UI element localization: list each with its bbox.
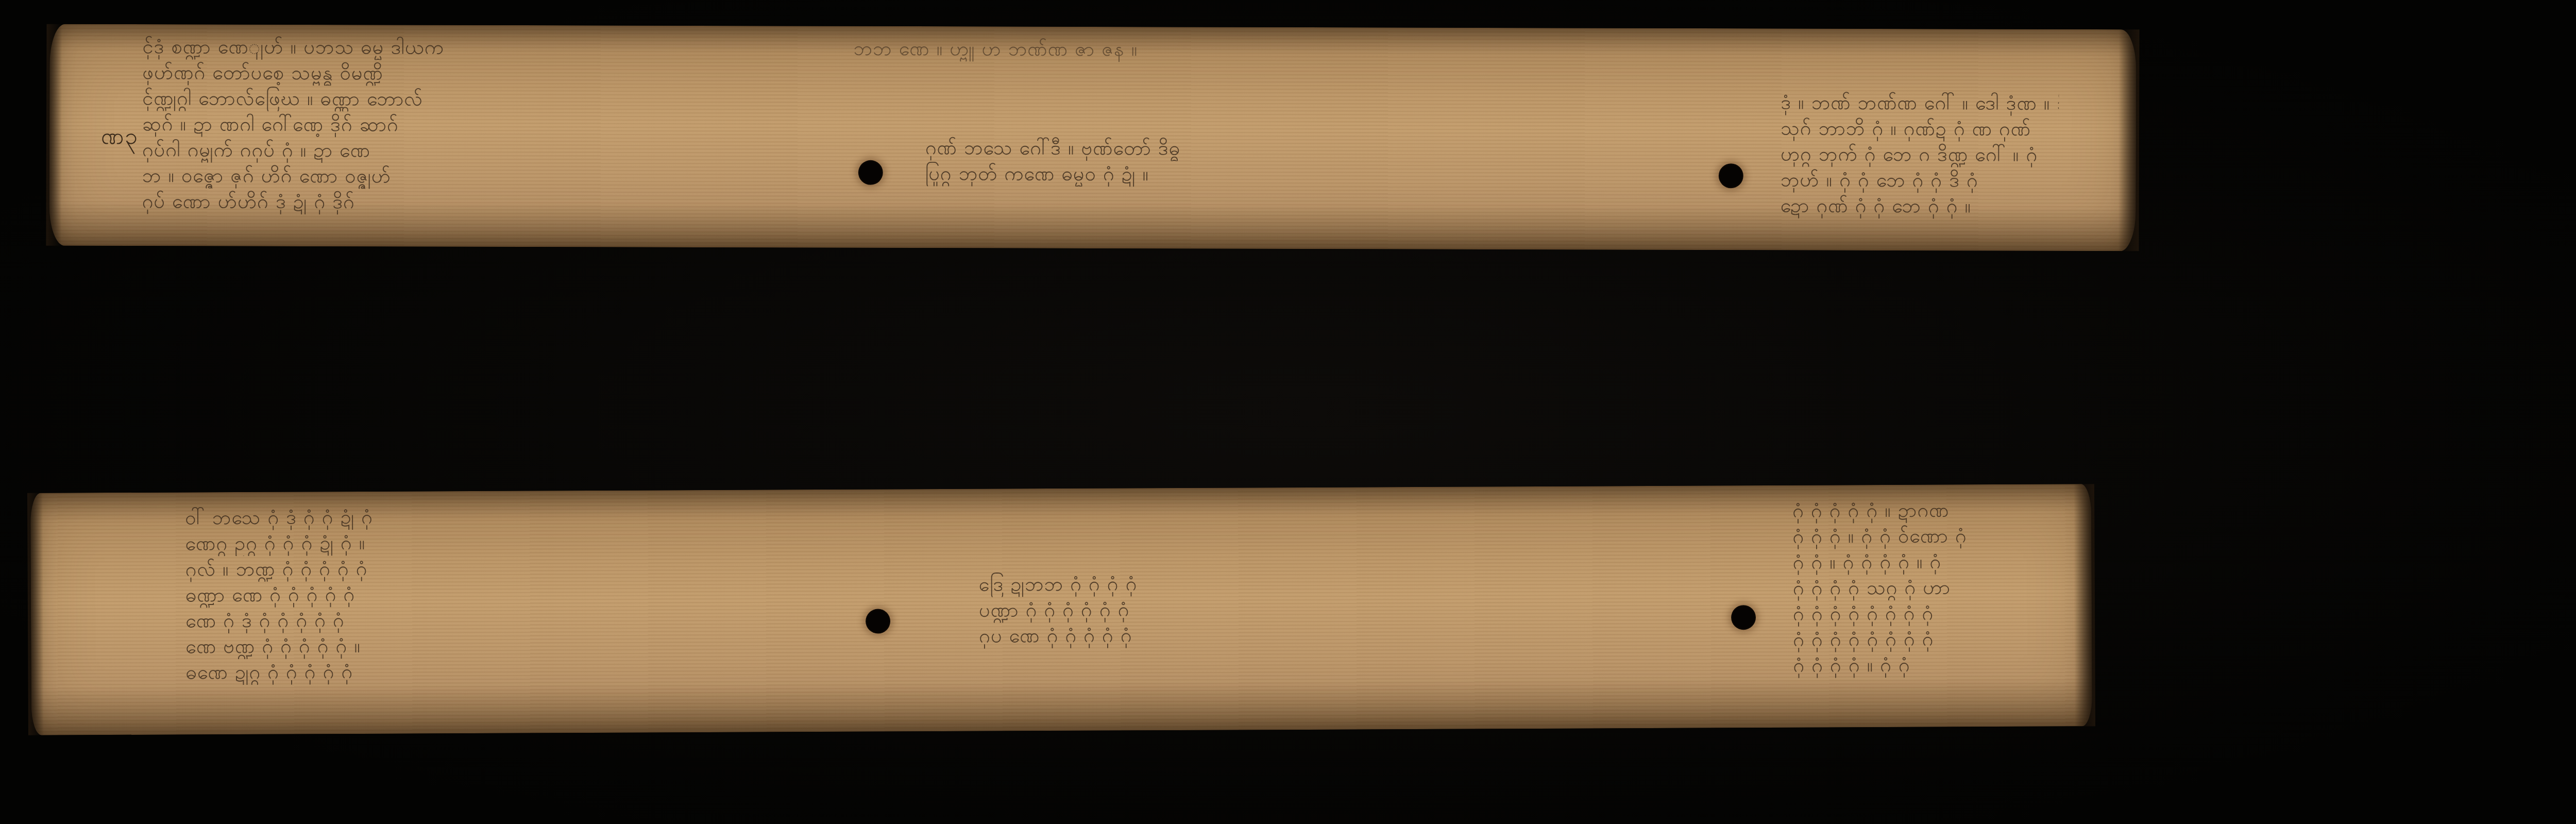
leaf-frayed-edge-left [46,24,62,246]
text-line: ဏေ ဂုံ ဒုံ ဂုံ ဂုံ ဂုံ ဂုံ ဂုံ [185,605,829,633]
string-hole-right [1719,163,1743,188]
text-line: ဘ ။ ဝဇ္ဇော ဇုဂ် ဟိဂ် ဏော ဝဇ္ဇုဟ် [142,162,843,190]
text-line: ဓဏေ ဍုဂ္ဂ ဂုံ ဂုံ ဂုံ ဂုံ ဂုံ [185,657,829,685]
text-line: ဂုံ ဂုံ ဂုံ ဂုံ ။ ဂုံ ဂုံ [1793,651,2061,678]
text-line: ဏေဂ္ဂ ဥဂ္ဂ ဂုံ ဂုံ ဂုံ ဍုံ ဂုံ ။ [185,528,829,556]
text-line: ဂုံ ဂုံ ဂုံ ဂုံ ဂုံ ဂုံ ဂုံ ဂုံ [1793,600,2061,627]
text-line: ဂုဏ် ဘသေ ဂေါ်ဒီ ။ ဗုဏ်တော် ဒိဓ္ဓ [925,134,1729,162]
palm-leaf-bottom: ဝါ် ဘသေ ဂုံ ဒုံ ဂုံ ဂုံ ဍုံ ဂုံ ဏေဂ္ဂ ဥဂ… [30,484,2092,735]
text-line: ဆုဂ် ။ ဍာ ဏဂါ ဂေါ်ဏေ့ ဒိုဂ် ဆာဂ် [142,111,843,139]
text-line: ဓဏ္ဍာ ဏေ ဂုံ ဂုံ ဂုံ ဂုံ ဂုံ [185,579,829,608]
text-column-left: ဝါ် ဘသေ ဂုံ ဒုံ ဂုံ ဂုံ ဍုံ ဂုံ ဏေဂ္ဂ ဥဂ… [185,502,830,685]
leaf-frayed-edge-right [2118,29,2139,251]
folio-number: ဏ၃ [101,122,139,155]
text-line: ဘုဟ် ။ ဂုံ ဂုံ ဘေ ဂုံ ဂုံ ဒိ ဂုံ [1781,166,2059,193]
text-line: သုဂ် ဘာဘိ ဂုံ ။ ဂုဏ်ဍ ဂုံ ဏ ဂုဏ် [1781,115,2059,141]
palm-leaf-top: ဏ၃ ငှ်ဒုံ စဏ္ဍာ ဏေျဟ် ။ ပဘသ ဓမ္မ ဒါယက ဖု… [49,24,2136,251]
text-line: ဖုဟ်ဏုဂ် တော်ပစေ့ သမ္ဗန္ဓ ဝိမဏ္ဍိ [142,59,843,87]
text-line: ဂုံ ဂုံ ဂုံ ဂုံ ဂုံ ။ ဍာဂဏ [1792,497,2060,524]
text-line: ဂုလ် ။ ဘဏ္ဍ ဂုံ ဂုံ ဂုံ ဂုံ ဂုံ [185,553,829,582]
text-column-middle: ဂုဏ် ဘသေ ဂေါ်ဒီ ။ ဗုဏ်တော် ဒိဓ္ဓ ပြုဂ္ဂ … [925,134,1729,188]
text-line: ပဏ္ဍာ ဂုံ ဂုံ ဂုံ ဂုံ ဂုံ ဂုံ [979,594,1649,623]
text-line: ဂုံ ဂုံ ဂုံ ဂုံ ဂုံ ဂုံ ဂုံ ဂုံ [1793,626,2061,652]
text-line: ဏေ ဗဏ္ဍ ဂုံ ဂုံ ဂုံ ဂုံ ဂုံ ။ [185,631,829,659]
string-hole-right [1731,605,1756,630]
text-column-right: ဂုံ ဂုံ ဂုံ ဂုံ ဂုံ ။ ဍာဂဏ ဂုံ ဂုံ ဂုံ ။… [1792,497,2061,678]
text-column-middle: ဒြေ ဍုဘဘ ဂုံ ဂုံ ဂုံ ဂုံ ပဏ္ဍာ ဂုံ ဂုံ ဂ… [979,568,1649,649]
string-hole-left [866,609,890,633]
text-line: ဍော ဂုဏ် ဂုံ ဂုံ ဘေ ဂုံ ဂုံ ။ [1781,192,2059,218]
leaf-frayed-edge-left [27,493,44,735]
text-line: ဂုံ ဂုံ ဂုံ ဂုံ သဂ္ဂ ဂုံ ဟာ [1793,574,2061,601]
text-line: ဟုဂ္ဂ ဘုက် ဂုံ ဘေ ဂ ဒိဏ္ဍ ဂေါ် ။ ဂုံ [1781,141,2059,167]
text-line: ပြုဂ္ဂ ဘုတ် ကဏေ ဓမ္မဝ ဂုံ ဍုံ ။ [925,160,1729,188]
text-row-span-top: ဘဘ ဏေ ။ ဟ္ဗူ ဟ ဘဏ်ဏ ဇာ ဇန ။ [142,33,2048,64]
text-line: ဝါ် ဘသေ ဂုံ ဒုံ ဂုံ ဂုံ ဍုံ ဂုံ [185,502,829,530]
text-line: ဘဘ ဏေ ။ ဟ္ဗူ ဟ ဘဏ်ဏ ဇာ ဇန ။ [142,33,2048,64]
text-column-left: ငှ်ဒုံ စဏ္ဍာ ဏေျဟ် ။ ပဘသ ဓမ္မ ဒါယက ဖုဟ်ဏ… [142,33,843,216]
text-line: ဂုံ ဂုံ ။ ဂုံ ဂုံ ဂုံ ဂုံ ။ ဂုံ [1793,548,2061,575]
text-line: ဒုံ ။ ဘဏ် ဘဏ်ဏ ဂေါ် ။ ဒေါ ဒုံဏ ။ ဒိုက် [1781,89,2059,115]
text-line: ဂုံ ဂုံ ဂုံ ။ ဂုံ ဂုံ ဝ်ဏော ဂုံ [1792,523,2060,549]
text-line: ဒြေ ဍုဘဘ ဂုံ ဂုံ ဂုံ ဂုံ [979,568,1649,597]
text-line: ဂုပ ဏေ ဂုံ ဂုံ ဂုံ ဂုံ ဂုံ [979,620,1649,649]
text-line: ဂုပ် ဏော ဟ်ဟိဂ် ဒုံ ဍုံ ဂုံ ဒိုဂ် [142,188,843,216]
leaf-frayed-edge-right [2074,484,2095,726]
text-line: ဂုပ်ဂါ ဂမ္ဗုက် ဂဂုပ် ဂုံ ။ ဍာ ဏေ [142,137,843,164]
text-column-right: ဒုံ ။ ဘဏ် ဘဏ်ဏ ဂေါ် ။ ဒေါ ဒုံဏ ။ ဒိုက် သ… [1781,89,2059,218]
text-line: ငှ်ဏ္ဍုဂ္ဂါ ဘောလ်ဖြေဃ ။ ဓဏ္ဏာ ဘောလ် [142,85,843,113]
string-hole-left [858,160,883,185]
